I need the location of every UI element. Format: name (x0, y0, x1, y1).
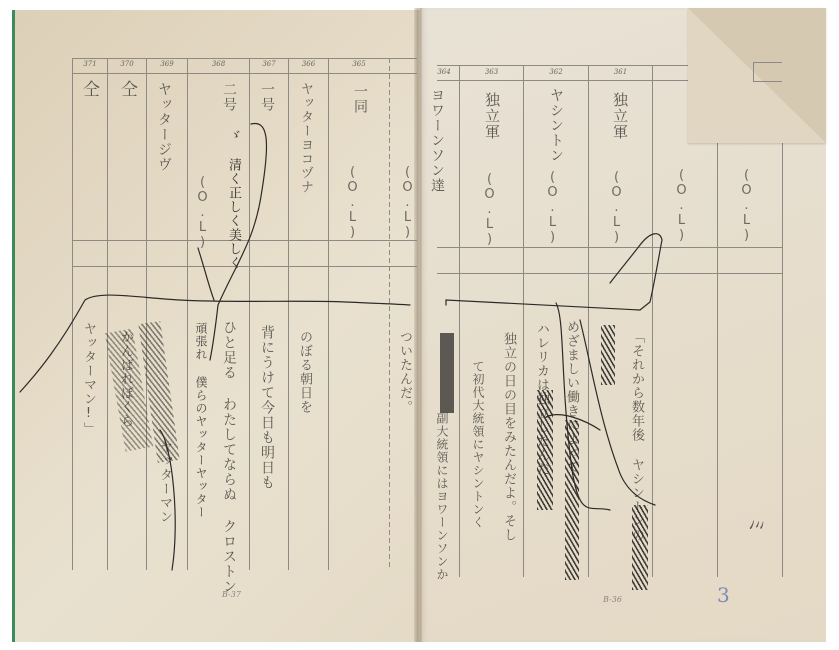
grid-line (72, 266, 417, 267)
grid-line (72, 73, 417, 74)
grid-line (328, 58, 329, 570)
grid-line (72, 58, 417, 59)
book-gutter (414, 8, 422, 642)
lyric-line: 背にうけて今日も明日も (260, 325, 274, 490)
sheet-number: 3 (717, 583, 730, 607)
page-label: B-36 (603, 595, 622, 604)
grid-line (72, 240, 417, 241)
overlap-mark: (O.L) (739, 168, 754, 243)
lyric-line: ヤッターマン!」 (82, 322, 95, 436)
grid-line (146, 58, 147, 570)
page-label: B-37 (222, 590, 241, 599)
grid-line (588, 65, 589, 577)
handwritten-note: ゞ 清く正しく美しく (227, 128, 240, 270)
lyric-line: 副大統領にはヨワーンソンか (436, 412, 448, 581)
scribble-out (537, 390, 553, 510)
lyric-line: 独立の日の目をみたんだよ。そし (502, 332, 515, 542)
grid-line (249, 58, 250, 570)
shot-number: 371 (74, 60, 106, 68)
overlap-mark: (O.L) (674, 168, 689, 243)
grid-line (72, 58, 73, 570)
column-header: ヤッターヨコヅナ (299, 82, 312, 194)
grid-line (523, 65, 524, 577)
overlap-mark: (O.L) (345, 165, 360, 240)
scribble-out (632, 505, 648, 590)
overlap-mark: (O.L) (482, 172, 497, 247)
grid-line (107, 58, 108, 570)
scribble-out (601, 325, 615, 385)
shot-number: 369 (147, 60, 187, 68)
column-header: ヨワーンソン達 (430, 88, 444, 193)
lyric-line: ひと足る わたしてならぬ クロストン (222, 320, 236, 594)
column-header: ヤシントン (549, 88, 563, 163)
lyric-line: のぼる朝日を (298, 330, 311, 414)
grid-line (652, 65, 653, 577)
grid-line (187, 58, 188, 570)
column-header: 一号 (260, 82, 274, 112)
shot-number: 366 (289, 60, 328, 68)
column-header: 一同 (353, 84, 367, 114)
column-header: 仝 (80, 80, 97, 98)
shot-number: 370 (108, 60, 146, 68)
overlap-mark: (O.L) (609, 170, 624, 245)
fold-corner-mark (753, 62, 782, 82)
scribble-out (440, 333, 454, 413)
overlap-mark: (O.L) (400, 165, 415, 240)
grid-line (437, 273, 782, 274)
column-header: 独立軍 (484, 92, 499, 140)
column-header: 二号 (222, 82, 236, 112)
column-header: 独立軍 (612, 92, 627, 140)
lyric-line: ついたんだ。 (398, 330, 411, 414)
shot-number: 365 (329, 60, 389, 68)
shot-number: 363 (460, 68, 523, 76)
scribble-out (565, 420, 579, 580)
shot-number: 364 (430, 68, 458, 76)
overlap-mark: (O.L) (545, 170, 560, 245)
lyric-line: 頑張れ 僕らのヤッターヤッター (195, 322, 207, 519)
shot-number: 367 (250, 60, 288, 68)
grid-line (459, 65, 460, 577)
overlap-mark: (O.L) (195, 175, 210, 250)
grid-line (288, 58, 289, 570)
shot-number: 368 (188, 60, 249, 68)
lyric-line: て初代大統領にヤシントンく (472, 360, 484, 529)
column-header: ヤッタージヴ (157, 82, 171, 172)
grid-line (437, 247, 782, 248)
margin-mark: ミ (744, 516, 770, 534)
shot-number: 361 (589, 68, 652, 76)
grid-line (389, 58, 390, 570)
column-header: 仝 (118, 80, 135, 98)
shot-number: 362 (524, 68, 588, 76)
